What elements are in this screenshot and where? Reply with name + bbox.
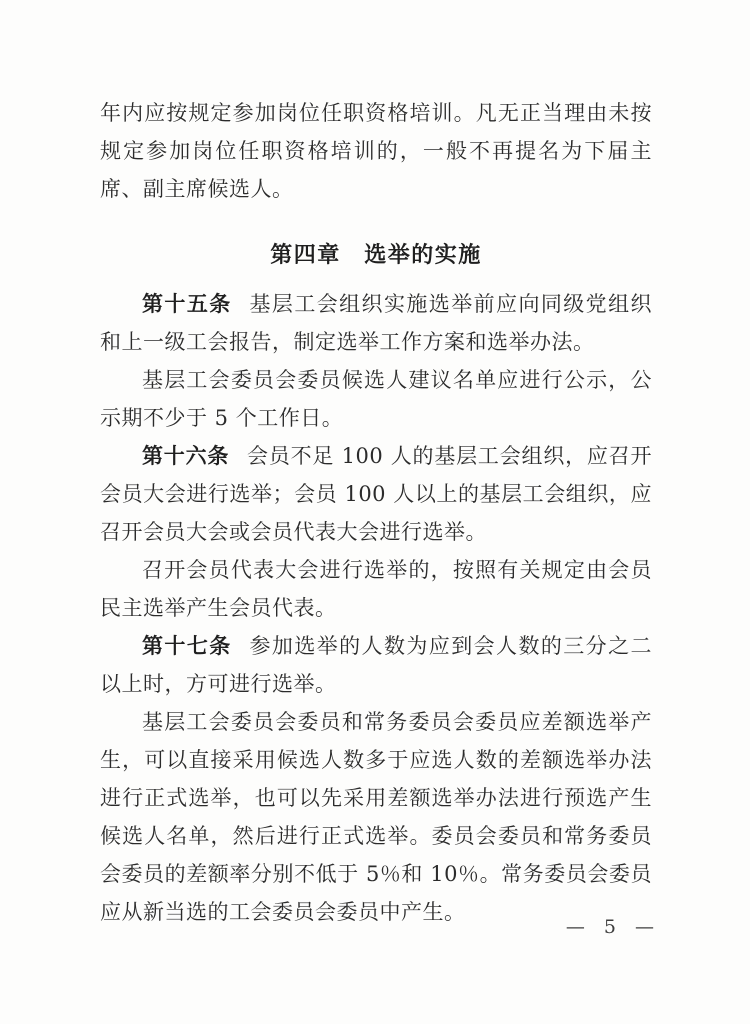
article-15-label: 第十五条	[142, 292, 232, 316]
article-16-paragraph: 第十六条会员不足 100 人的基层工会组织，应召开会员大会进行选举；会员 100…	[100, 437, 652, 551]
paragraph-continuation: 年内应按规定参加岗位任职资格培训。凡无正当理由未按规定参加岗位任职资格培训的，一…	[100, 94, 652, 208]
chapter-heading: 第四章 选举的实施	[100, 234, 652, 278]
article-17-label: 第十七条	[142, 634, 232, 658]
article-17-paragraph: 第十七条参加选举的人数为应到会人数的三分之二以上时，方可进行选举。	[100, 627, 652, 703]
body-paragraph-publicity: 基层工会委员会委员候选人建议名单应进行公示，公示期不少于 5 个工作日。	[100, 361, 652, 437]
document-content: 年内应按规定参加岗位任职资格培训。凡无正当理由未按规定参加岗位任职资格培训的，一…	[100, 94, 652, 931]
article-15-paragraph: 第十五条基层工会组织实施选举前应向同级党组织和上一级工会报告，制定选举工作方案和…	[100, 285, 652, 361]
body-paragraph-differential-election: 基层工会委员会委员和常务委员会委员应差额选举产生，可以直接采用候选人数多于应选人…	[100, 703, 652, 931]
article-16-label: 第十六条	[142, 444, 229, 468]
document-page: 年内应按规定参加岗位任职资格培训。凡无正当理由未按规定参加岗位任职资格培训的，一…	[0, 0, 750, 1024]
body-paragraph-congress: 召开会员代表大会进行选举的，按照有关规定由会员民主选举产生会员代表。	[100, 551, 652, 627]
page-number: — 5 —	[566, 916, 656, 938]
